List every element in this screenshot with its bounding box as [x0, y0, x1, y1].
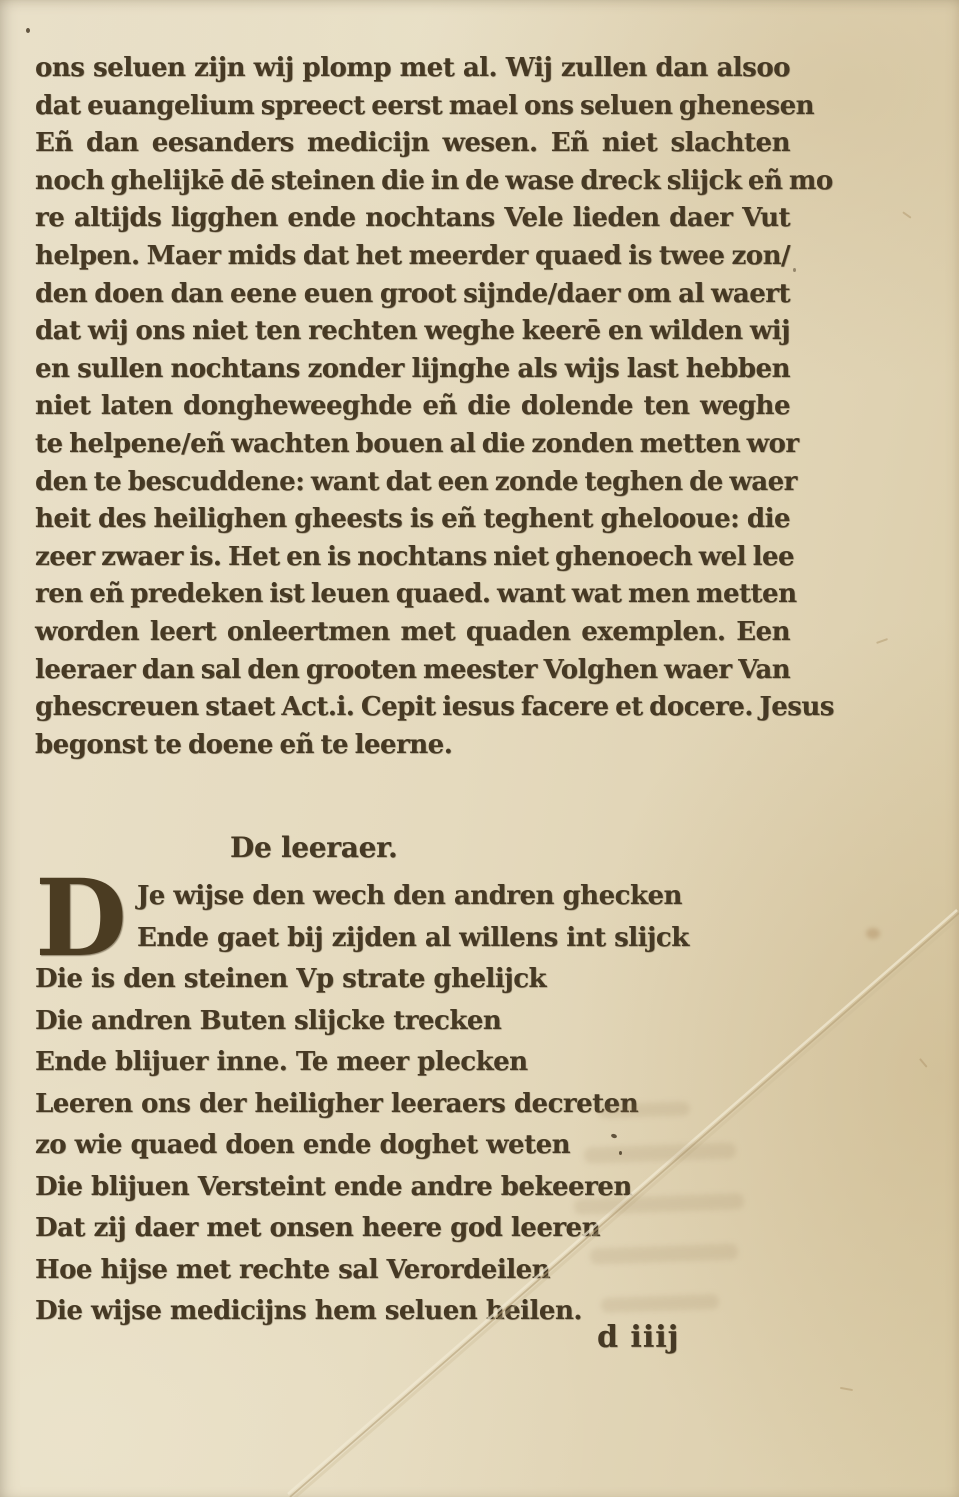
prose-line: zeer zwaer is. Het en is nochtans niet g… [35, 539, 790, 577]
prose-block: ons seluen zijn wij plomp met al. Wij zu… [35, 50, 790, 764]
paper-fiber [902, 211, 911, 218]
paper-stain [866, 928, 880, 939]
prose-line: begonst te doene eñ te leerne. [35, 727, 790, 765]
prose-line: te helpene/eñ wachten bouen al die zonde… [35, 426, 790, 464]
prose-line: den te bescuddene: want dat een zonde te… [35, 464, 790, 502]
book-page: ons seluen zijn wij plomp met al. Wij zu… [0, 0, 959, 1497]
prose-line: dat euangelium spreect eerst mael ons se… [35, 88, 790, 126]
poem-line: Dat zij daer met onsen heere god leeren [35, 1208, 775, 1250]
prose-line: noch ghelijkē dē steinen die in de wase … [35, 163, 790, 201]
section-heading: De leeraer. [230, 831, 397, 864]
quire-signature-mark: d iiij [597, 1320, 679, 1355]
drop-cap-initial: D [35, 876, 137, 959]
prose-line: niet laten dongheweeghde eñ die dolende … [35, 388, 790, 426]
poem-line: Ende gaet bij zijden al willens int slij… [35, 918, 775, 960]
prose-line: heit des heilighen gheests is eñ teghent… [35, 501, 790, 539]
prose-line: den doen dan eene euen groot sijnde/daer… [35, 276, 790, 314]
ink-speck [619, 1151, 622, 1155]
prose-line: Eñ dan eesanders medicijn wesen. Eñ niet… [35, 125, 790, 163]
prose-line: helpen. Maer mids dat het meerder quaed … [35, 238, 790, 276]
prose-line: ghescreuen staet Act.i. Cepit iesus face… [35, 689, 790, 727]
prose-line: ren eñ predeken ist leuen quaed. want wa… [35, 576, 790, 614]
prose-line: ons seluen zijn wij plomp met al. Wij zu… [35, 50, 790, 88]
poem-line: Die andren Buten slijcke trecken [35, 1001, 775, 1043]
paper-fiber [876, 638, 888, 644]
prose-line: en sullen nochtans zonder lijnghe als wi… [35, 351, 790, 389]
ink-speck [26, 28, 30, 33]
paper-fiber [919, 1058, 927, 1067]
prose-line: leeraer dan sal den grooten meester Volg… [35, 652, 790, 690]
prose-line: dat wij ons niet ten rechten weghe keerē… [35, 313, 790, 351]
ink-speck [793, 268, 796, 272]
prose-line: worden leert onleertmen met quaden exemp… [35, 614, 790, 652]
poem-line: Die is den steinen Vp strate ghelijck [35, 959, 775, 1001]
paper-fiber [840, 1387, 853, 1391]
poem-line: Ende blijuer inne. Te meer plecken [35, 1042, 775, 1084]
prose-line: re altijds ligghen ende nochtans Vele li… [35, 200, 790, 238]
poem-line: Je wijse den wech den andren ghecken [35, 876, 775, 918]
